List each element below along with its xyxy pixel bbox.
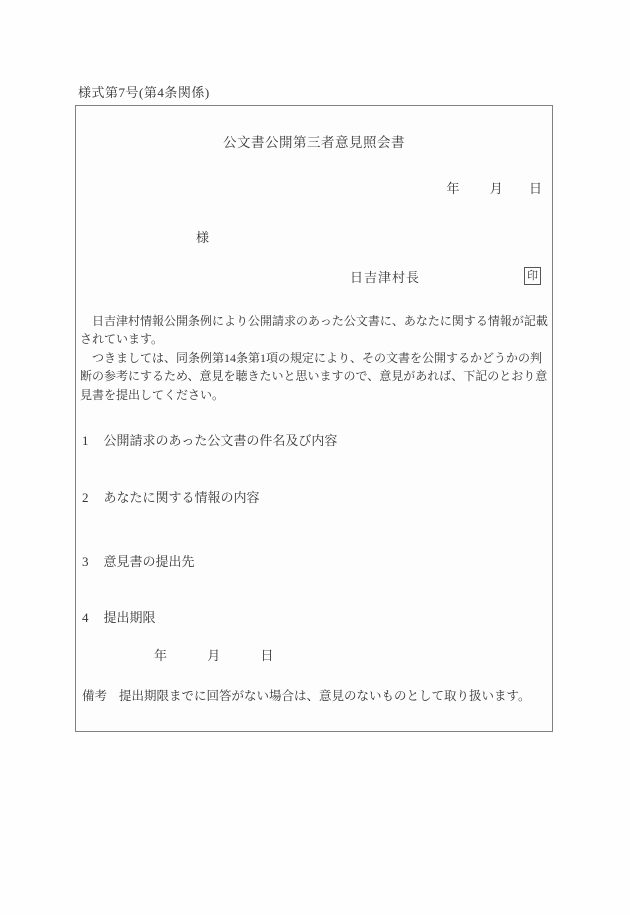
deadline-date-line: 年 月 日 [154, 645, 274, 664]
item-1-label: 公開請求のあった公文書の件名及び内容 [104, 433, 338, 448]
list-item-3: 3意見書の提出先 [82, 551, 546, 570]
form-border-box: 公文書公開第三者意見照会書 年 月 日 様 日吉津村長 印 日吉津村情報公開条例… [75, 105, 553, 732]
remarks-text: 提出期限までに回答がない場合は、意見のないものとして取り扱います。 [119, 689, 531, 703]
list-item-1: 1公開請求のあった公文書の件名及び内容 [82, 430, 546, 449]
addressee-honorific: 様 [196, 227, 209, 246]
remarks-label: 備考 [82, 689, 107, 703]
item-2-number: 2 [82, 490, 89, 505]
item-4-label: 提出期限 [104, 610, 156, 625]
body-paragraph-1: 日吉津村情報公開条例により公開請求のあった公文書に、あなたに関する情報が記載され… [80, 312, 548, 349]
issue-date-month-label: 月 [490, 181, 503, 196]
list-item-2: 2あなたに関する情報の内容 [82, 487, 546, 506]
seal-placeholder: 印 [524, 267, 541, 285]
issue-date-day-label: 日 [529, 181, 542, 196]
item-4-number: 4 [82, 610, 89, 625]
remarks-row: 備考提出期限までに回答がない場合は、意見のないものとして取り扱います。 [82, 686, 546, 704]
list-item-4: 4提出期限 [82, 607, 546, 626]
deadline-day-label: 日 [261, 648, 274, 663]
document-page: 様式第7号(第4条関係) 公文書公開第三者意見照会書 年 月 日 様 日吉津村長… [0, 0, 630, 915]
item-1-number: 1 [82, 433, 89, 448]
issue-date-year-label: 年 [446, 181, 459, 196]
item-3-number: 3 [82, 554, 89, 569]
item-3-label: 意見書の提出先 [104, 554, 195, 569]
body-text: 日吉津村情報公開条例により公開請求のあった公文書に、あなたに関する情報が記載され… [80, 312, 548, 404]
document-title: 公文書公開第三者意見照会書 [76, 131, 552, 151]
issue-date-line: 年 月 日 [446, 178, 542, 197]
sender-title: 日吉津村長 [350, 267, 420, 286]
item-2-label: あなたに関する情報の内容 [104, 490, 260, 505]
form-number-label: 様式第7号(第4条関係) [78, 82, 210, 101]
body-paragraph-2: つきましては、同条例第14条第1項の規定により、その文書を公開するかどうかの判断… [80, 349, 548, 404]
deadline-month-label: 月 [207, 648, 220, 663]
deadline-year-label: 年 [154, 648, 167, 663]
